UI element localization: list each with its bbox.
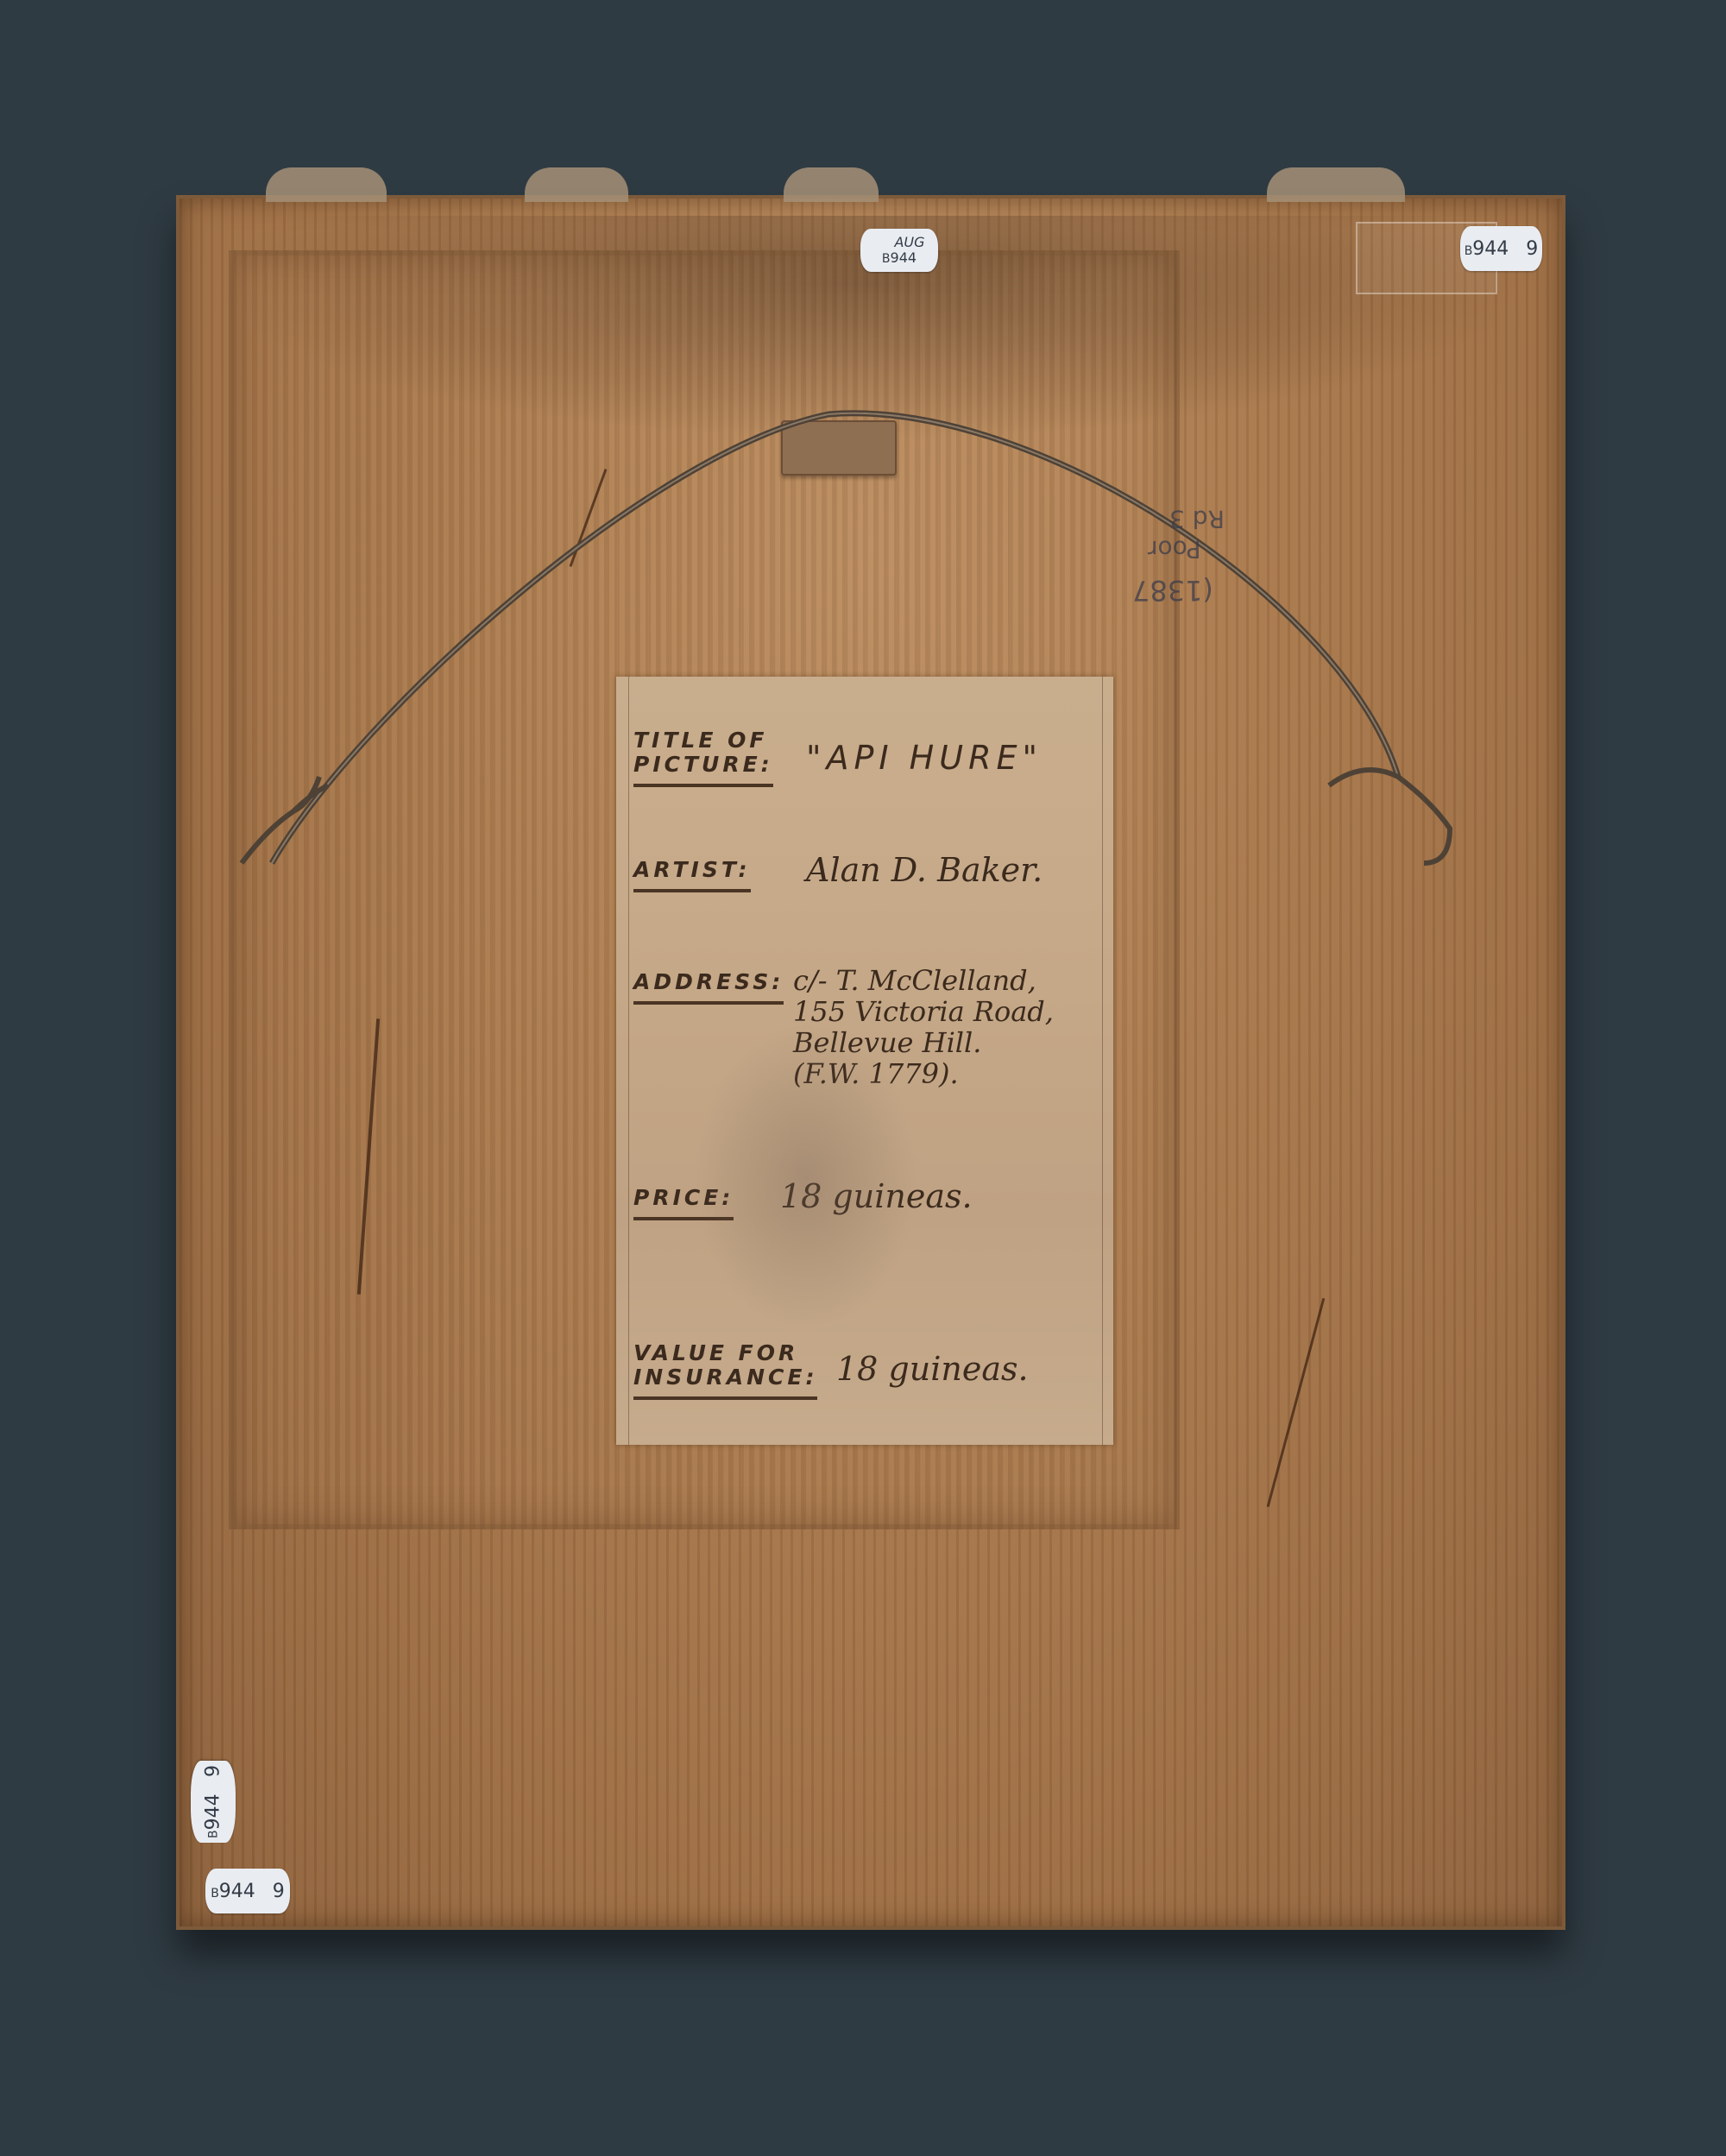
field-value-artist: Alan D. Baker. [806, 853, 1043, 887]
pencil-mark: (1387 [1132, 574, 1213, 607]
field-label: ADDRESS: [633, 970, 784, 1005]
tag-number-group: B944 [211, 1881, 255, 1902]
hanger-bracket [781, 420, 897, 476]
field-label: ARTIST: [633, 858, 751, 892]
pencil-mark: Rd 3 [1169, 505, 1225, 533]
tag-suffix: 9 [1526, 238, 1538, 260]
card-rule [1102, 677, 1103, 1445]
frame-ornament [784, 167, 879, 202]
tag-number-group: B944 [203, 1794, 224, 1839]
stock-tag-aug: AUG B944 [860, 229, 938, 272]
field-value-title: "API HURE" [806, 741, 1043, 775]
frame-ornament [525, 167, 628, 202]
field-value-insurance: 18 guineas. [836, 1352, 1029, 1386]
field-label: PRICE: [633, 1186, 734, 1220]
field-value-address: c/- T. McClelland, 155 Victoria Road, Be… [793, 965, 1054, 1089]
stock-tag-top-right: B944 9 [1460, 226, 1542, 271]
exhibition-label: TITLE OF PICTURE: "API HURE" ARTIST: Ala… [616, 677, 1113, 1445]
frame-ornament [266, 167, 387, 202]
tag-note: AUG [894, 235, 924, 250]
stock-tag-bottom-left-rotated: B944 9 [191, 1761, 236, 1843]
card-rule [628, 677, 629, 1445]
stock-tag-bottom-left: B944 9 [205, 1869, 290, 1913]
tag-number-group: B944 [882, 250, 917, 267]
pencil-mark: Poor [1148, 535, 1201, 564]
tag-suffix: 9 [273, 1881, 285, 1902]
field-label: TITLE OF PICTURE: [633, 728, 773, 787]
tag-suffix: 9 [203, 1765, 224, 1777]
frame-ornament [1267, 167, 1405, 202]
field-value-price: 18 guineas. [780, 1179, 973, 1214]
tag-number-group: B944 [1465, 238, 1509, 260]
field-label: VALUE FOR INSURANCE: [633, 1341, 817, 1400]
